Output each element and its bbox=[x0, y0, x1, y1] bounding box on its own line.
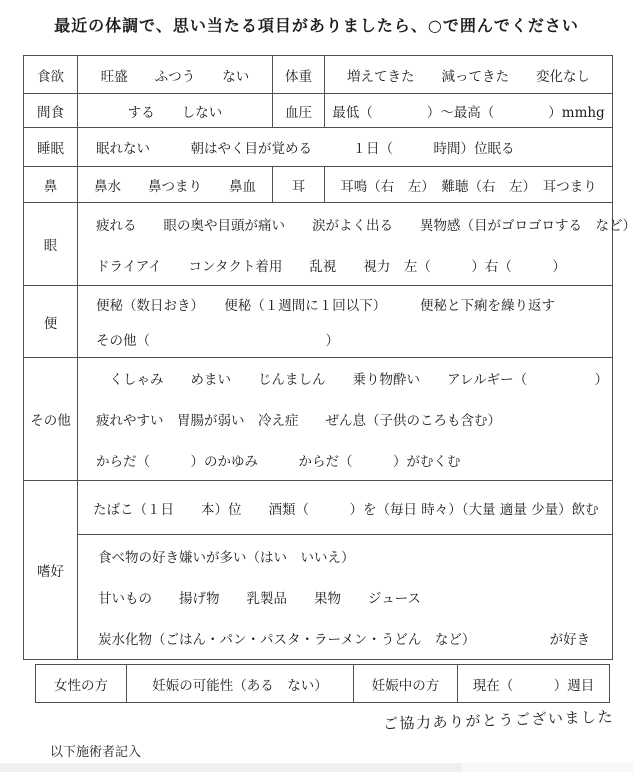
label-women: 女性の方 bbox=[36, 665, 127, 702]
label-bowel: 便 bbox=[24, 286, 78, 357]
label-weight: 体重 bbox=[272, 56, 325, 93]
label-eyes: 眼 bbox=[24, 203, 78, 285]
weight-options: 増えてきた 減ってきた 変化なし bbox=[325, 56, 612, 93]
label-blood-pressure: 血圧 bbox=[272, 94, 325, 127]
row-snacking-bloodpressure: 間食 する しない 血圧 最低（ ）～最高（ ）mmhg bbox=[24, 94, 612, 128]
other-options: くしゃみ めまい じんましん 乗り物酔い アレルギー（ ） 疲れやすい 胃腸が弱… bbox=[78, 358, 612, 480]
sleep-options-line: 眠れない 朝はやく目が覚める １日（ 時間）位眠る bbox=[96, 137, 612, 157]
label-other: その他 bbox=[24, 358, 78, 480]
tobacco-alcohol-line: たばこ（１日 本）位 酒類（ ）を（毎日 時々）（大量 適量 少量）飲む bbox=[78, 481, 612, 535]
label-snacking: 間食 bbox=[24, 94, 78, 127]
row-appetite-weight: 食欲 旺盛 ふつう ない 体重 増えてきた 減ってきた 変化なし bbox=[24, 56, 612, 94]
sleep-options: 眠れない 朝はやく目が覚める １日（ 時間）位眠る bbox=[78, 128, 612, 166]
eye-options: 疲れる 眼の奥や目頭が痛い 涙がよく出る 異物感（目がゴロゴロする など） ドラ… bbox=[78, 203, 633, 285]
form-title: 最近の体調で、思い当たる項目がありましたら、○で囲んでください bbox=[0, 13, 633, 36]
other-options-line1: くしゃみ めまい じんましん 乗り物酔い アレルギー（ ） bbox=[96, 368, 612, 388]
label-sleep: 睡眠 bbox=[24, 128, 78, 166]
eye-options-line1: 疲れる 眼の奥や目頭が痛い 涙がよく出る 異物感（目がゴロゴロする など） bbox=[96, 214, 633, 234]
practitioner-entry-note: 以下施術者記入 bbox=[50, 741, 141, 760]
thanks-message: ご協力ありがとうございました bbox=[383, 705, 629, 734]
row-eyes: 眼 疲れる 眼の奥や目頭が痛い 涙がよく出る 異物感（目がゴロゴロする など） … bbox=[24, 203, 612, 286]
other-options-line3: からだ（ ）のかゆみ からだ（ ）がむくむ bbox=[96, 450, 612, 470]
scrollbar-corner bbox=[461, 763, 633, 772]
other-options-line2: 疲れやすい 胃腸が弱い 冷え症 ぜん息（子供のころも含む） bbox=[96, 409, 612, 429]
blood-pressure-field: 最低（ ）～最高（ ）mmhg bbox=[325, 94, 612, 127]
preferences-content: たばこ（１日 本）位 酒類（ ）を（毎日 時々）（大量 適量 少量）飲む 食べ物… bbox=[78, 481, 612, 659]
bowel-options-line1: 便秘（数日おき） 便秘（１週間に１回以下） 便秘と下痢を繰り返す bbox=[96, 294, 612, 314]
eye-options-line2: ドライアイ コンタクト着用 乱視 視力 左（ ）右（ ） bbox=[96, 255, 633, 275]
label-preferences: 嗜好 bbox=[24, 481, 78, 659]
food-likes-dislikes-line: 食べ物の好き嫌いが多い（はい いいえ） bbox=[98, 546, 612, 566]
row-nose-ear: 鼻 鼻水 鼻つまり 鼻血 耳 耳鳴（右 左） 難聴（右 左） 耳つまり bbox=[24, 167, 612, 203]
row-preferences: 嗜好 たばこ（１日 本）位 酒類（ ）を（毎日 時々）（大量 適量 少量）飲む … bbox=[24, 481, 612, 659]
bowel-options: 便秘（数日おき） 便秘（１週間に１回以下） 便秘と下痢を繰り返す その他（ ） bbox=[78, 286, 612, 357]
pregnancy-weeks-field: 現在（ ）週目 bbox=[458, 665, 609, 702]
women-table: 女性の方 妊娠の可能性（ある ない） 妊娠中の方 現在（ ）週目 bbox=[35, 664, 610, 703]
label-pregnant-women: 妊娠中の方 bbox=[354, 665, 458, 702]
row-sleep: 睡眠 眠れない 朝はやく目が覚める １日（ 時間）位眠る bbox=[24, 128, 612, 167]
label-ear: 耳 bbox=[272, 167, 325, 202]
label-nose: 鼻 bbox=[24, 167, 78, 202]
nose-options: 鼻水 鼻つまり 鼻血 bbox=[78, 167, 272, 202]
pregnancy-possibility-options: 妊娠の可能性（ある ない） bbox=[127, 665, 354, 702]
snacking-options: する しない bbox=[78, 94, 272, 127]
row-other: その他 くしゃみ めまい じんましん 乗り物酔い アレルギー（ ） 疲れやすい … bbox=[24, 358, 612, 481]
carbohydrates-line: 炭水化物（ごはん・パン・パスタ・ラーメン・うどん など） が好き bbox=[98, 628, 612, 648]
ear-options: 耳鳴（右 左） 難聴（右 左） 耳つまり bbox=[325, 167, 612, 202]
scanned-health-questionnaire: 最近の体調で、思い当たる項目がありましたら、○で囲んでください 食欲 旺盛 ふつ… bbox=[0, 0, 633, 772]
row-bowel: 便 便秘（数日おき） 便秘（１週間に１回以下） 便秘と下痢を繰り返す その他（ … bbox=[24, 286, 612, 358]
label-appetite: 食欲 bbox=[24, 56, 78, 93]
appetite-options: 旺盛 ふつう ない bbox=[78, 56, 272, 93]
food-preferences: 食べ物の好き嫌いが多い（はい いいえ） 甘いもの 揚げ物 乳製品 果物 ジュース… bbox=[78, 535, 612, 659]
bowel-options-line2: その他（ ） bbox=[96, 329, 612, 349]
food-categories-line: 甘いもの 揚げ物 乳製品 果物 ジュース bbox=[98, 587, 612, 607]
symptom-table: 食欲 旺盛 ふつう ない 体重 増えてきた 減ってきた 変化なし 間食 する し… bbox=[23, 55, 613, 660]
